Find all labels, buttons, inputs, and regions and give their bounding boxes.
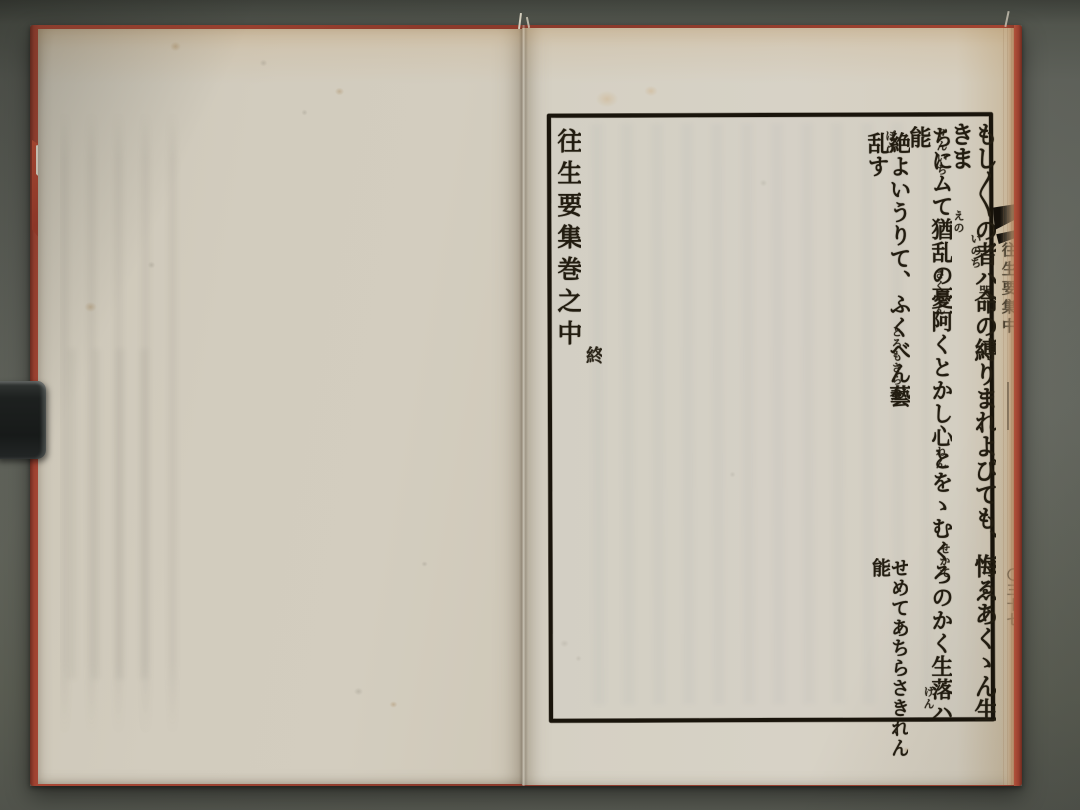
page-aging-tone — [38, 29, 522, 89]
open-book: 往生要集巻之中 終 もし〳〵の者ハ命の縛りまれよびても、悔ゑあくゝん生きま ちに… — [30, 25, 1022, 786]
colophon-end-mark: 終 — [584, 346, 602, 386]
foxing-spot — [168, 40, 183, 53]
text-showthrough — [68, 349, 148, 679]
furigana-annotation: ねん — [935, 446, 946, 536]
foxing-spot — [388, 700, 399, 709]
text-column: せめてあちらさきれん能 — [870, 558, 908, 758]
foxing-spot — [333, 86, 346, 97]
furigana-annotation: えの — [953, 210, 964, 300]
book-holder-clip — [0, 381, 46, 459]
colophon-column: 往生要集巻之中 — [556, 128, 581, 390]
furigana-annotation: 哭 — [977, 285, 990, 375]
furigana-annotation: せかて — [939, 543, 950, 633]
foxing-spot — [642, 84, 660, 98]
foxing-spot — [420, 560, 429, 568]
furigana-annotation: けん — [923, 686, 934, 776]
right-printed-page: 往生要集巻之中 終 もし〳〵の者ハ命の縛りまれよびても、悔ゑあくゝん生きま ちに… — [522, 28, 1016, 785]
foxing-spot — [300, 108, 309, 117]
furigana-annotation: さくらん — [934, 268, 945, 358]
cover-edge-right — [1014, 25, 1022, 786]
page-aging-tone — [522, 28, 1016, 88]
center-fold-crease — [519, 25, 528, 786]
foxing-spot — [352, 686, 365, 697]
photo-background: 往生要集巻之中 終 もし〳〵の者ハ命の縛りまれよびても、悔ゑあくゝん生きま ちに… — [0, 0, 1080, 810]
foxing-spot — [258, 58, 269, 68]
left-blank-page — [38, 29, 522, 784]
furigana-annotation: ぼう — [885, 130, 896, 220]
furigana-annotation: とろもさらん — [891, 326, 902, 416]
furigana-annotation: ぜんいち — [936, 128, 947, 218]
foxing-spot — [592, 88, 622, 110]
